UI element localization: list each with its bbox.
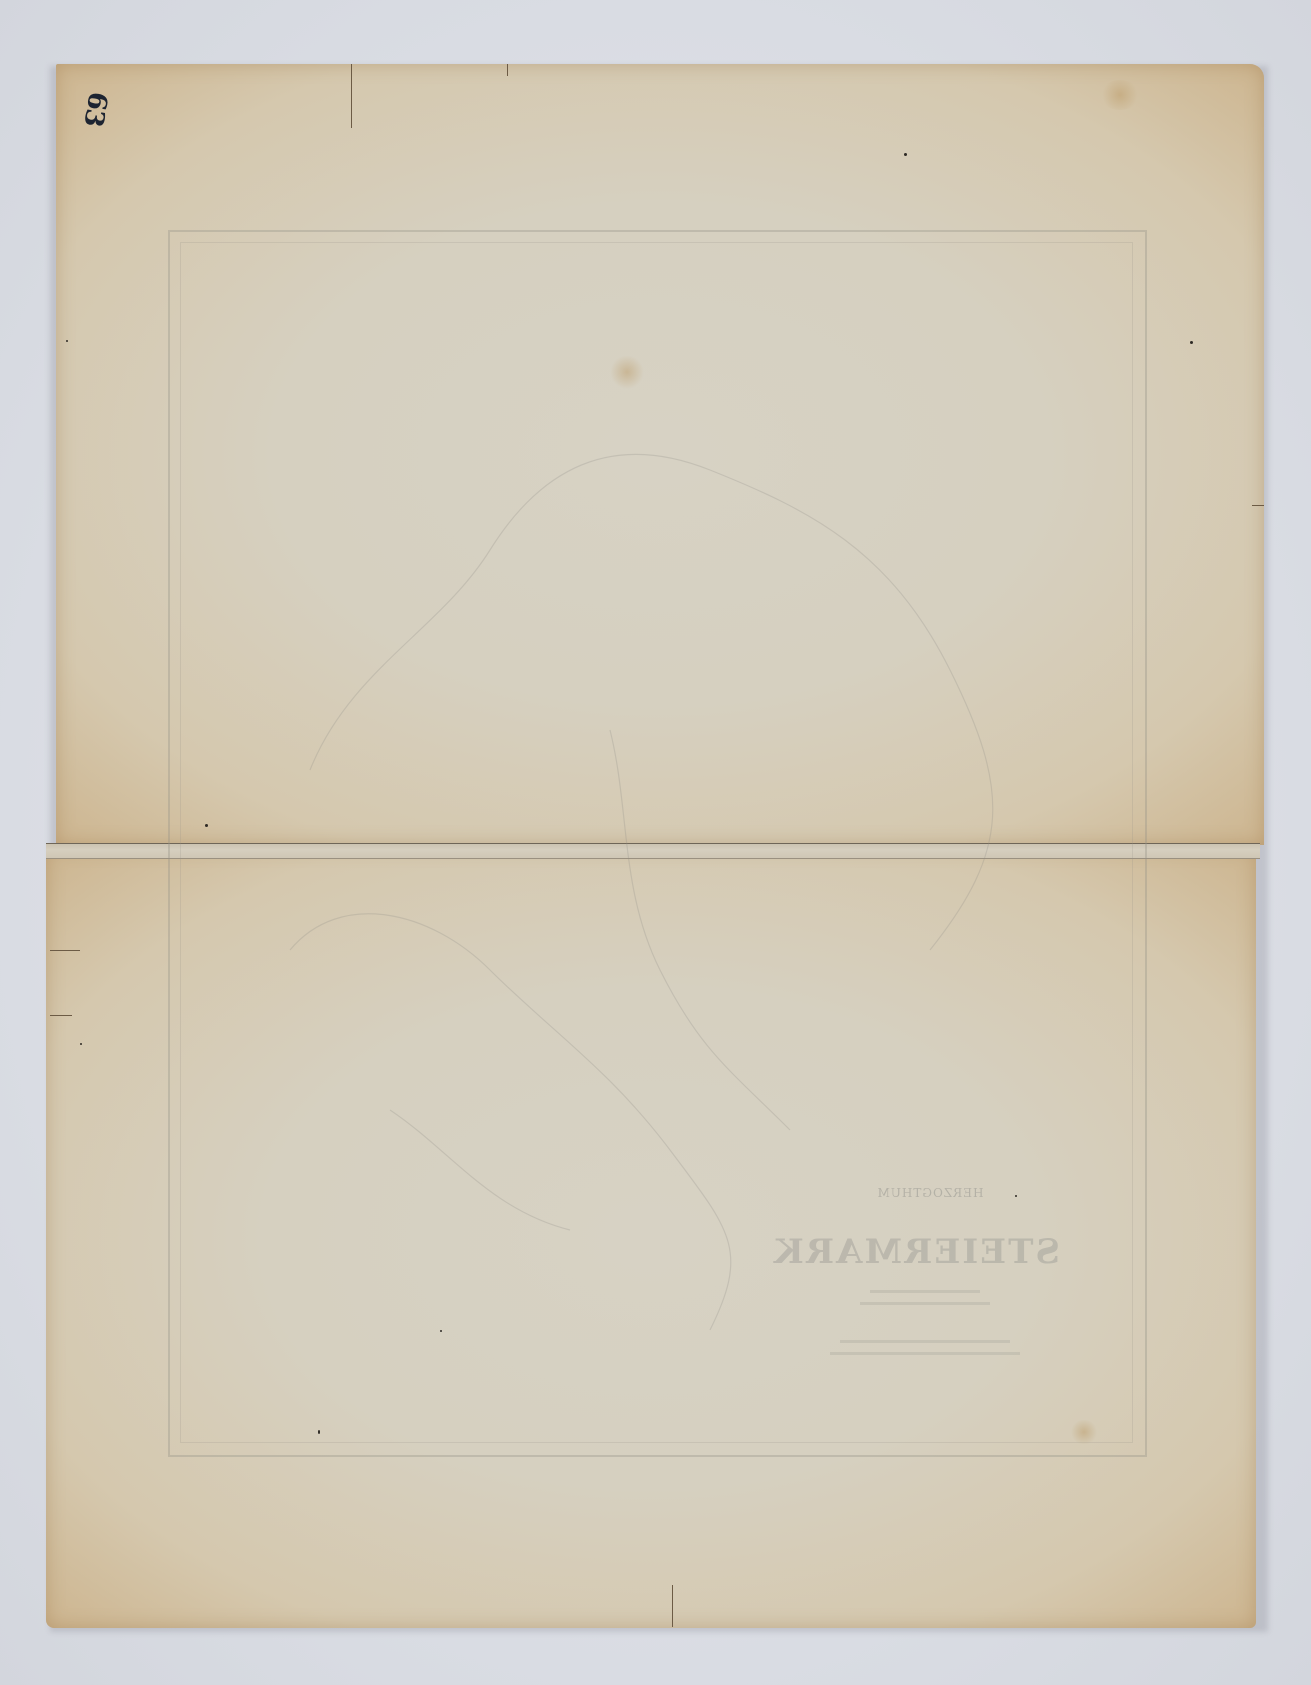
edge-tear xyxy=(507,64,508,76)
mirrored-text-line xyxy=(830,1352,1020,1355)
speck xyxy=(904,153,907,156)
speck xyxy=(318,1430,320,1434)
edge-tear xyxy=(351,64,352,128)
speck xyxy=(1015,1195,1017,1197)
mirrored-text-line xyxy=(870,1290,980,1293)
mirrored-title-show-through: STEIERMARK xyxy=(790,1232,1060,1272)
sheet-number-stamp: 63 xyxy=(77,90,112,129)
speck xyxy=(80,1043,82,1045)
speck xyxy=(205,824,208,827)
foxing-stain xyxy=(610,355,644,389)
speck xyxy=(1190,341,1193,344)
mirrored-text-line xyxy=(840,1340,1010,1343)
speck xyxy=(66,340,68,342)
foxing-stain xyxy=(1100,80,1140,110)
mirrored-subtitle-show-through: HERZOGTHUM xyxy=(855,1186,1005,1200)
edge-tear xyxy=(1252,505,1264,506)
edge-tear xyxy=(50,950,80,951)
foxing-stain xyxy=(1070,1420,1098,1444)
edge-tear xyxy=(50,1015,72,1016)
mirrored-text-line xyxy=(860,1302,990,1305)
edge-tear xyxy=(672,1585,673,1627)
speck xyxy=(440,1330,442,1332)
